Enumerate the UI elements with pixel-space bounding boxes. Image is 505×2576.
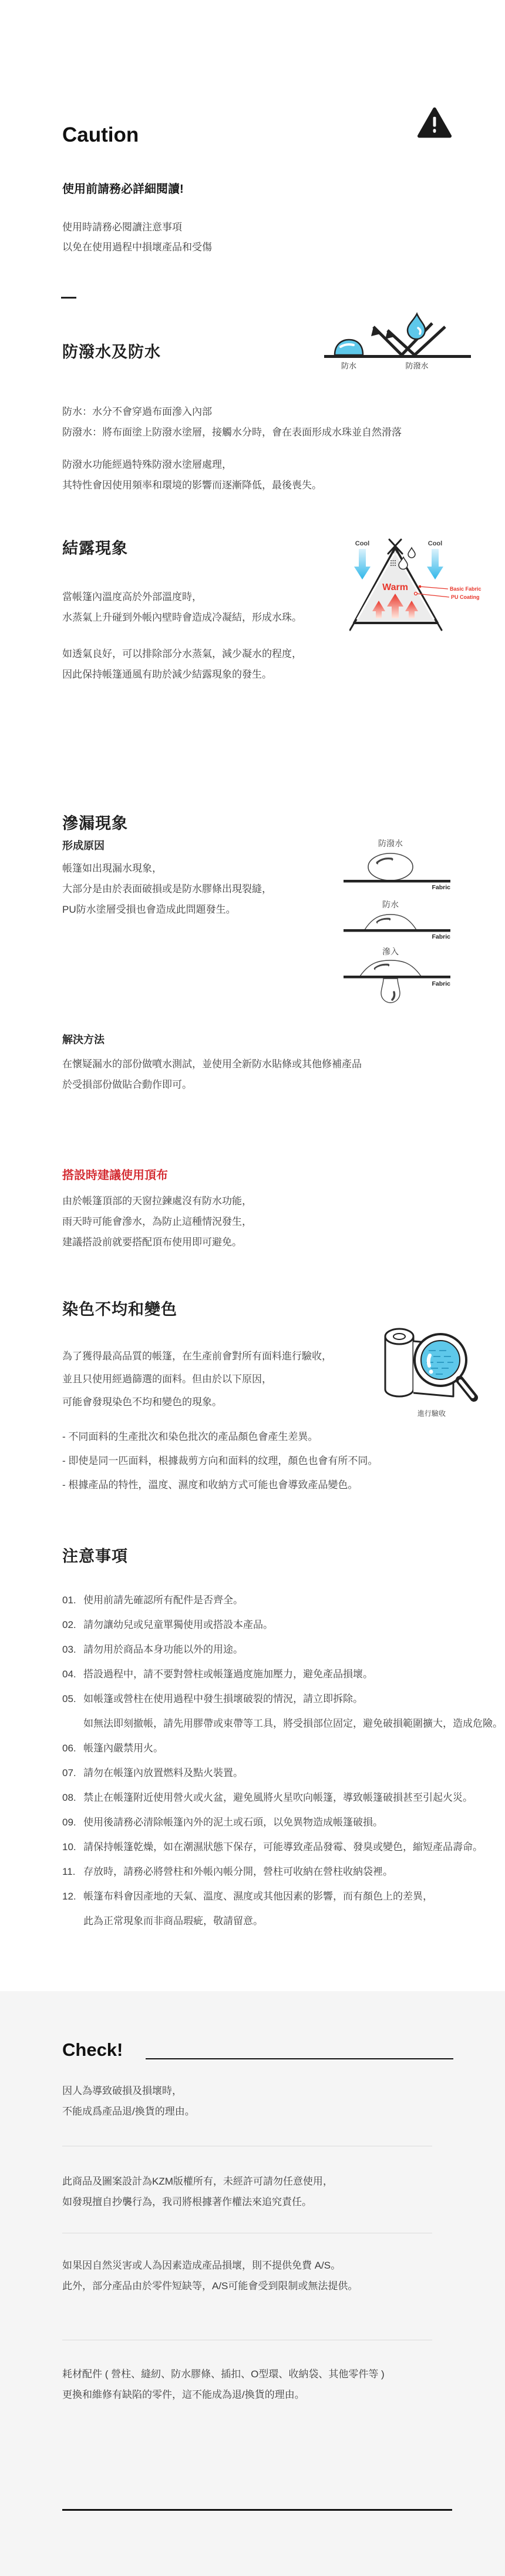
text-line: 在懷疑漏水的部份做噴水測試，並使用全新防水貼條或其他修補產品: [62, 1054, 362, 1074]
warning-triangle-icon: [417, 106, 452, 142]
leak-solution-heading: 解決方法: [62, 1033, 105, 1046]
condensation-paragraph-2: 如透氣良好，可以排除部分水蒸氣，減少凝水的程度， 因此保持帳篷通風有助於減少結露…: [62, 644, 302, 685]
check-heading: Check!: [62, 2039, 123, 2061]
notice-item: 10.請保持帳篷乾燥，如在潮濕狀態下保存，可能導致產品發霉、發臭或變色，縮短產品…: [62, 1835, 503, 1860]
fabric-label: Fabric: [432, 884, 450, 891]
inspection-icon-caption: 進行驗收: [382, 1408, 482, 1418]
water-section-heading: 防潑水及防水: [62, 343, 161, 361]
page-title: Caution: [62, 123, 139, 147]
leak-diagram-label: 防潑水: [378, 839, 403, 848]
text-line: 建議搭設前就要搭配頂布使用即可避免。: [62, 1232, 252, 1252]
dye-paragraph: 為了獲得最高品質的帳篷，在生產前會對所有面料進行驗收， 並且只使用經過篩選的面料…: [62, 1345, 332, 1413]
text-line: 可能會發現染色不均和變色的現象。: [62, 1391, 332, 1413]
text-line: 為了獲得最高品質的帳篷，在生產前會對所有面料進行驗收，: [62, 1345, 332, 1368]
notice-item: 06.帳篷內嚴禁用火。: [62, 1736, 503, 1761]
text-line: 當帳篷內溫度高於外部溫度時，: [62, 587, 302, 607]
footer-divider: [62, 2233, 432, 2233]
text-line: 因此保持帳篷通風有助於減少結露現象的發生。: [62, 664, 302, 685]
notice-item: 02.請勿讓幼兒或兒童單獨使用或搭設本產品。: [62, 1613, 503, 1637]
text-line: 防水：水分不會穿過布面滲入內部: [62, 401, 402, 422]
notice-item: 09.使用後請務必清除帳篷內外的泥土或石頭，以免異物造成帳篷破損。: [62, 1810, 503, 1835]
text-line: 帳篷如出現漏水現象，: [62, 858, 272, 879]
notice-item-continuation: 此為正常現象而非商品瑕疵，敬請留意。: [62, 1909, 503, 1934]
leak-cause-paragraph: 帳篷如出現漏水現象， 大部分是由於表面破損或是防水膠條出現裂縫， PU防水塗層受…: [62, 858, 272, 920]
water-paragraph-2: 防潑水功能經過特殊防潑水塗層處理， 其特性會因使用頻率和環境的影響而逐漸降低，最…: [62, 454, 322, 495]
text-line: 並且只使用經過篩選的面料。但由於以下原因，: [62, 1368, 332, 1391]
water-repellent-diagram-icon: 防水 防潑水: [324, 310, 471, 377]
intro-paragraph: 使用時請務必閱讀注意事項 以免在使用過程中損壞產品和受傷: [62, 217, 212, 257]
bullet-item: - 根據產品的特性，溫度、濕度和收納方式可能也會導致產品變色。: [62, 1473, 378, 1497]
notice-item: 12.帳篷布料會因產地的天氣、溫度、濕度或其他因素的影響，而有顏色上的差異，: [62, 1884, 503, 1909]
fabric-label: Fabric: [432, 933, 450, 940]
text-line: 此商品及圖案設計為KZM版權所有，未經許可請勿任意使用，: [62, 2171, 333, 2192]
dye-bullet-list: - 不同面料的生產批次和染色批次的產品顏色會產生差異。 - 即使是同一匹面料，根…: [62, 1425, 378, 1497]
text-line: 由於帳篷頂部的天窗拉鍊處沒有防水功能，: [62, 1191, 252, 1211]
notice-item-continuation: 如無法即刻撤帳，請先用膠帶或束帶等工具，將受損部位固定，避免破損範圍擴大，造成危…: [62, 1711, 503, 1736]
notice-item: 11.存放時，請務必將營柱和外帳內帳分開，營柱可收納在營柱收納袋裡。: [62, 1860, 503, 1884]
text-line: 此外，部分產品由於零件短缺等，A/S可能會受到限制或無法提供。: [62, 2276, 358, 2296]
text-line: 水蒸氣上升碰到外帳內壁時會造成冷凝結，形成水珠。: [62, 607, 302, 628]
warm-label: Warm: [382, 582, 408, 592]
check-block-4: 耗材配件 ( 營柱、縫紉、防水膠條、插扣、O型環、收納袋、其他零件等 ) 更換和…: [62, 2364, 385, 2405]
footer-divider: [62, 2146, 432, 2146]
notice-item: 01.使用前請先確認所有配件是否齊全。: [62, 1588, 503, 1613]
text-line: 防潑水：將布面塗上防潑水塗層，接觸水分時，會在表面形成水珠並自然滑落: [62, 422, 402, 443]
notice-item: 03.請勿用於商品本身功能以外的用途。: [62, 1637, 503, 1662]
text-line: 不能成爲產品退/換貨的理由。: [62, 2101, 195, 2122]
fabric-droplet-diagrams-icon: 防潑水 Fabric 防水 Fabric 滲入 Fabric: [344, 835, 490, 1014]
tent-condensation-diagram-icon: Cool Cool Warm Bas: [349, 517, 505, 641]
fabric-label: Fabric: [432, 980, 450, 987]
waterproof-label: 防水: [341, 361, 356, 370]
text-line: 如發現擅自抄襲行為，我司將根據著作權法來追究責任。: [62, 2192, 333, 2212]
notice-item: 08.禁止在帳篷附近使用營火或火盆，避免風將火星吹向帳篷，導致帳篷破損甚至引起火…: [62, 1786, 503, 1810]
text-line: 更換和維修有缺陷的零件，這不能成為退/換貨的理由。: [62, 2384, 385, 2405]
bullet-item: - 即使是同一匹面料，根據裁剪方向和面料的纹理，顏色也會有所不同。: [62, 1449, 378, 1473]
intro-line: 以免在使用過程中損壞產品和受傷: [62, 237, 212, 257]
check-block-3: 如果因自然災害或人為因素造成產品損壞，則不提供免費 A/S。 此外，部分產品由於…: [62, 2255, 358, 2296]
check-block-1: 因人為導致破損及損壞時， 不能成爲產品退/換貨的理由。: [62, 2081, 195, 2122]
leak-diagram-label: 防水: [382, 900, 399, 909]
text-line: 耗材配件 ( 營柱、縫紉、防水膠條、插扣、O型環、收納袋、其他零件等 ): [62, 2364, 385, 2384]
leak-cause-heading: 形成原因: [62, 839, 105, 852]
leak-solution-paragraph: 在懷疑漏水的部份做噴水測試，並使用全新防水貼條或其他修補產品 於受損部份做貼合動…: [62, 1054, 362, 1095]
check-block-2: 此商品及圖案設計為KZM版權所有，未經許可請勿任意使用， 如發現擅自抄襲行為，我…: [62, 2171, 333, 2212]
notice-list: 01.使用前請先確認所有配件是否齊全。 02.請勿讓幼兒或兒童單獨使用或搭設本產…: [62, 1588, 503, 1934]
dye-section-heading: 染色不均和變色: [62, 1300, 177, 1319]
caution-page: Caution 使用前請務必詳細閱讀! 使用時請務必閱讀注意事項 以免在使用過程…: [0, 0, 505, 2576]
condensation-section-heading: 結露現象: [62, 539, 128, 558]
text-line: 其特性會因使用頻率和環境的影響而逐漸降低，最後喪失。: [62, 475, 322, 495]
text-line: 因人為導致破損及損壞時，: [62, 2081, 195, 2101]
text-line: 大部分是由於表面破損或是防水膠條出現裂縫，: [62, 879, 272, 899]
basic-fabric-label: Basic Fabric: [450, 586, 482, 592]
intro-line: 使用時請務必閱讀注意事項: [62, 217, 212, 237]
top-cover-paragraph: 由於帳篷頂部的天窗拉鍊處沒有防水功能， 雨天時可能會滲水，為防止這種情況發生， …: [62, 1191, 252, 1252]
notice-item: 07.請勿在帳篷內放置燃料及點火裝置。: [62, 1761, 503, 1786]
read-first-heading: 使用前請務必詳細閱讀!: [62, 179, 184, 196]
leak-section-heading: 滲漏現象: [62, 814, 128, 833]
text-line: 防潑水功能經過特殊防潑水塗層處理，: [62, 454, 322, 475]
cool-left-label: Cool: [355, 540, 369, 547]
fabric-inspection-icon: [382, 1324, 482, 1410]
footer-divider: [62, 2340, 432, 2340]
water-paragraph-1: 防水：水分不會穿過布面滲入內部 防潑水：將布面塗上防潑水塗層，接觸水分時，會在表…: [62, 401, 402, 443]
bullet-item: - 不同面料的生產批次和染色批次的產品顏色會產生差異。: [62, 1425, 378, 1449]
check-heading-rule: [146, 2058, 453, 2059]
notice-item: 05.如帳篷或營柱在使用過程中發生損壞破裂的情況，請立即拆除。: [62, 1687, 503, 1711]
text-line: 雨天時可能會滲水，為防止這種情況發生，: [62, 1211, 252, 1232]
notice-section-heading: 注意事項: [62, 1547, 128, 1566]
condensation-paragraph-1: 當帳篷內溫度高於外部溫度時， 水蒸氣上升碰到外帳內壁時會造成冷凝結，形成水珠。: [62, 587, 302, 628]
footer-bottom-rule: [62, 2509, 452, 2511]
top-cover-heading: 搭設時建議使用頂布: [62, 1165, 168, 1183]
notice-item: 04.搭設過程中，請不要對營柱或帳篷過度施加壓力，避免產品損壞。: [62, 1662, 503, 1687]
text-line: 如果因自然災害或人為因素造成產品損壞，則不提供免費 A/S。: [62, 2255, 358, 2276]
section-dash-divider: [61, 297, 76, 299]
pu-coating-label: PU Coating: [451, 594, 480, 600]
text-line: 如透氣良好，可以排除部分水蒸氣，減少凝水的程度，: [62, 644, 302, 664]
cool-right-label: Cool: [428, 540, 442, 547]
repellent-label: 防潑水: [405, 361, 428, 370]
text-line: PU防水塗層受損也會造成此問題發生。: [62, 899, 272, 920]
leak-diagram-label: 滲入: [382, 947, 399, 956]
text-line: 於受損部份做貼合動作即可。: [62, 1074, 362, 1095]
